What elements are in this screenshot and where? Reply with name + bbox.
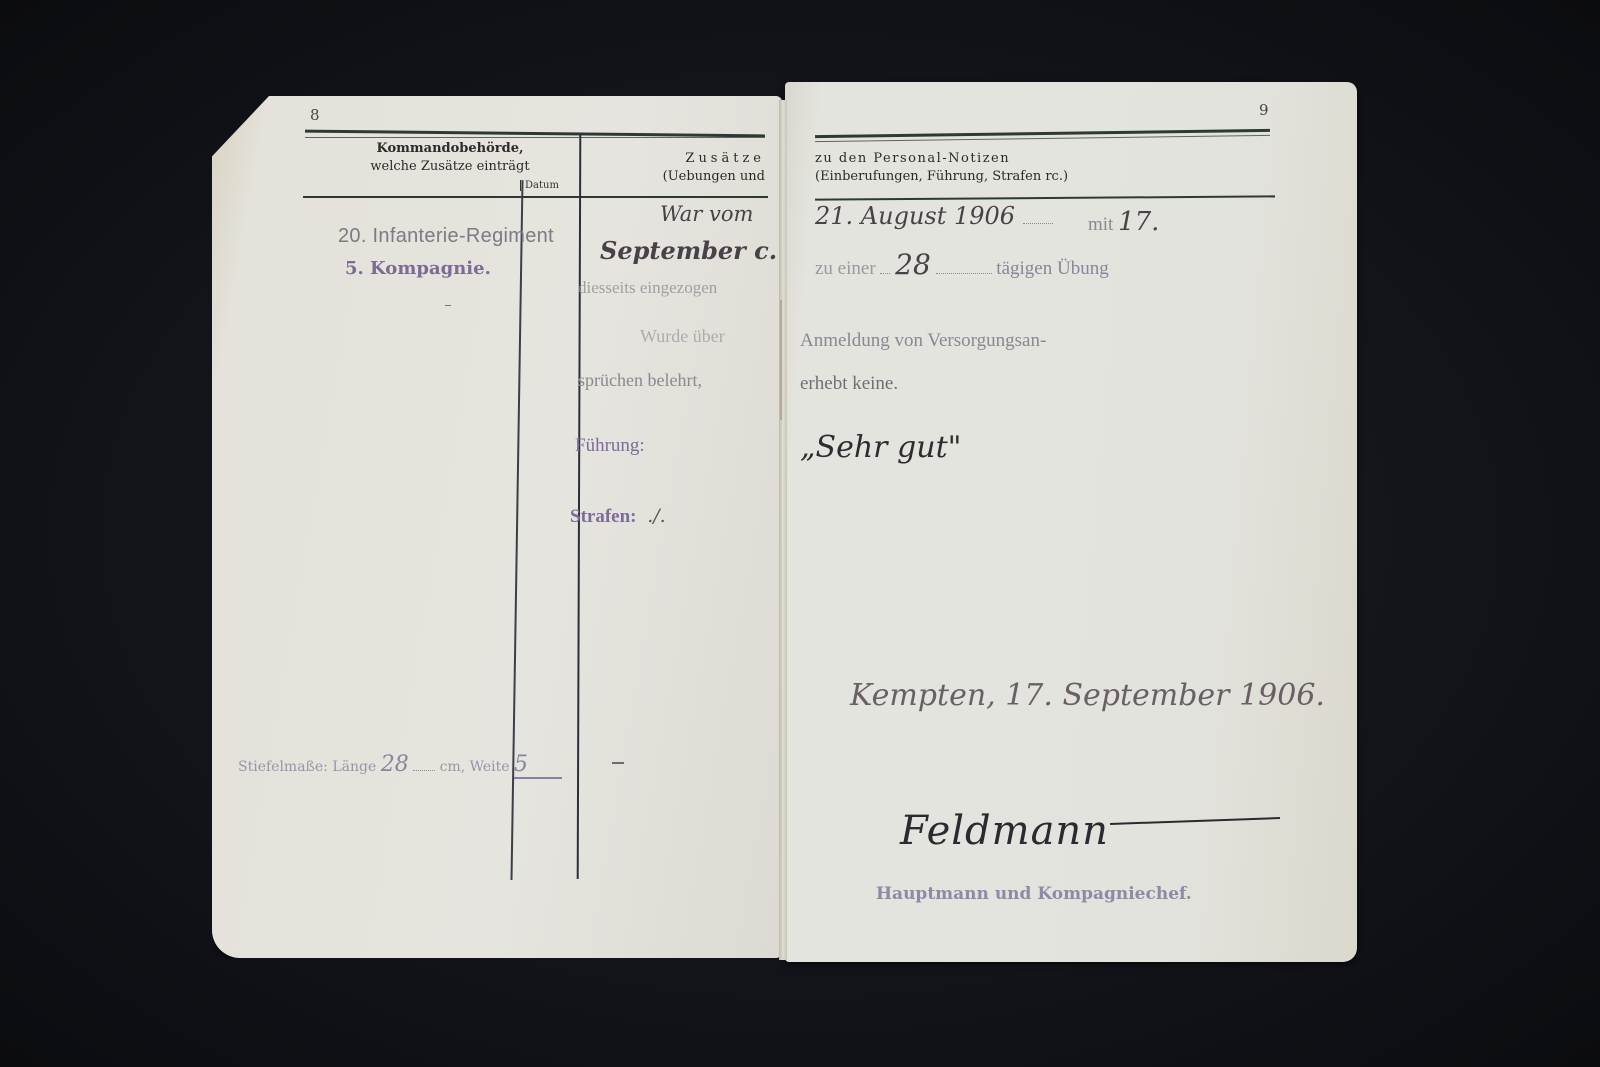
mit-line: mit 17. (1088, 207, 1159, 237)
boot-length-value: 28 (381, 752, 409, 777)
header-right: zu den Personal-Notizen (Einberufungen, … (815, 150, 1215, 186)
mit-value: 17. (1118, 207, 1159, 237)
days-value: 28 (895, 248, 931, 281)
unit-stamp-regiment: 20. Infanterie-Regiment (338, 225, 554, 248)
header-datum: Datum (520, 180, 559, 191)
header-einberufungen: (Einberufungen, Führung, Strafen rc.) (815, 168, 1215, 186)
anmeldung-line: Anmeldung von Versorgungsan- (800, 330, 1046, 352)
boot-length-dots (413, 770, 435, 771)
page-crease (780, 300, 782, 420)
uebung-line: zu einer 28 tägigen Übung (815, 248, 1109, 281)
label-fuehrung: Führung: (575, 435, 645, 457)
strafen-label-text: Strafen: (570, 506, 636, 527)
header-uebungen: (Uebungen und (640, 168, 765, 186)
strafen-value: ./. (647, 505, 665, 527)
printed-wurde-ueber: Wurde über (640, 326, 725, 347)
header-zusaetze: Zusätze (640, 150, 765, 168)
header-rule-bottom-left (303, 196, 768, 198)
fuehrung-value-handwritten: „Sehr gut" (800, 430, 961, 465)
boot-width-value: 5 (514, 752, 562, 779)
book-spine (779, 100, 787, 960)
date-august-value: 21. August 1906 (815, 202, 1015, 230)
signature: Feldmann (900, 808, 1109, 854)
header-personal-notizen: zu den Personal-Notizen (815, 150, 1215, 168)
header-col1: Kommandobehörde, welche Zusätze einträgt (340, 140, 560, 176)
anmeldung-text: Anmeldung von Versorgungsan- (800, 330, 1046, 351)
label-strafen: Strafen: ./. (570, 505, 666, 528)
datum-label: Datum (520, 180, 559, 191)
printed-spruechen: sprüchen belehrt, (578, 370, 702, 391)
handwritten-war-vom: War vom (660, 202, 753, 226)
boot-size-line: Stiefelmaße: Länge 28 cm, Weite 5 (238, 752, 562, 777)
unit-stamp-kompagnie: 5. Kompagnie. (345, 258, 491, 279)
mit-label: mit (1088, 214, 1113, 235)
erhebt-keine: erhebt keine. (800, 373, 898, 395)
dots-2 (880, 273, 890, 274)
taegigen-uebung-label: tägigen Übung (996, 258, 1108, 279)
dots-3 (936, 273, 992, 274)
open-passbook: 8 9 Kommandobehörde, welche Zusätze eint… (0, 0, 1600, 1067)
page-number-right: 9 (1259, 101, 1269, 119)
dash-mark-2 (612, 762, 624, 764)
header-kommandobehoerde: Kommandobehörde, (340, 140, 560, 158)
header-rule-thin-left (305, 137, 765, 138)
handwritten-date-august: 21. August 1906 (815, 202, 1053, 230)
signature-title-stamp: Hauptmann und Kompagniechef. (876, 884, 1192, 904)
dots-1 (1023, 223, 1053, 224)
printed-diesseits: diesseits eingezogen (578, 278, 717, 298)
zu-einer-label: zu einer (815, 258, 876, 279)
boot-size-label: Stiefelmaße: Länge (238, 759, 376, 775)
place-date-handwritten: Kempten, 17. September 1906. (850, 678, 1325, 713)
header-col2: Zusätze (Uebungen und (640, 150, 765, 186)
header-welche-zusaetze: welche Zusätze einträgt (340, 158, 560, 176)
dash-mark (445, 305, 451, 306)
boot-unit-weite: cm, Weite (440, 759, 510, 775)
page-number-left: 8 (310, 106, 320, 124)
handwritten-september: September c. (600, 236, 777, 265)
